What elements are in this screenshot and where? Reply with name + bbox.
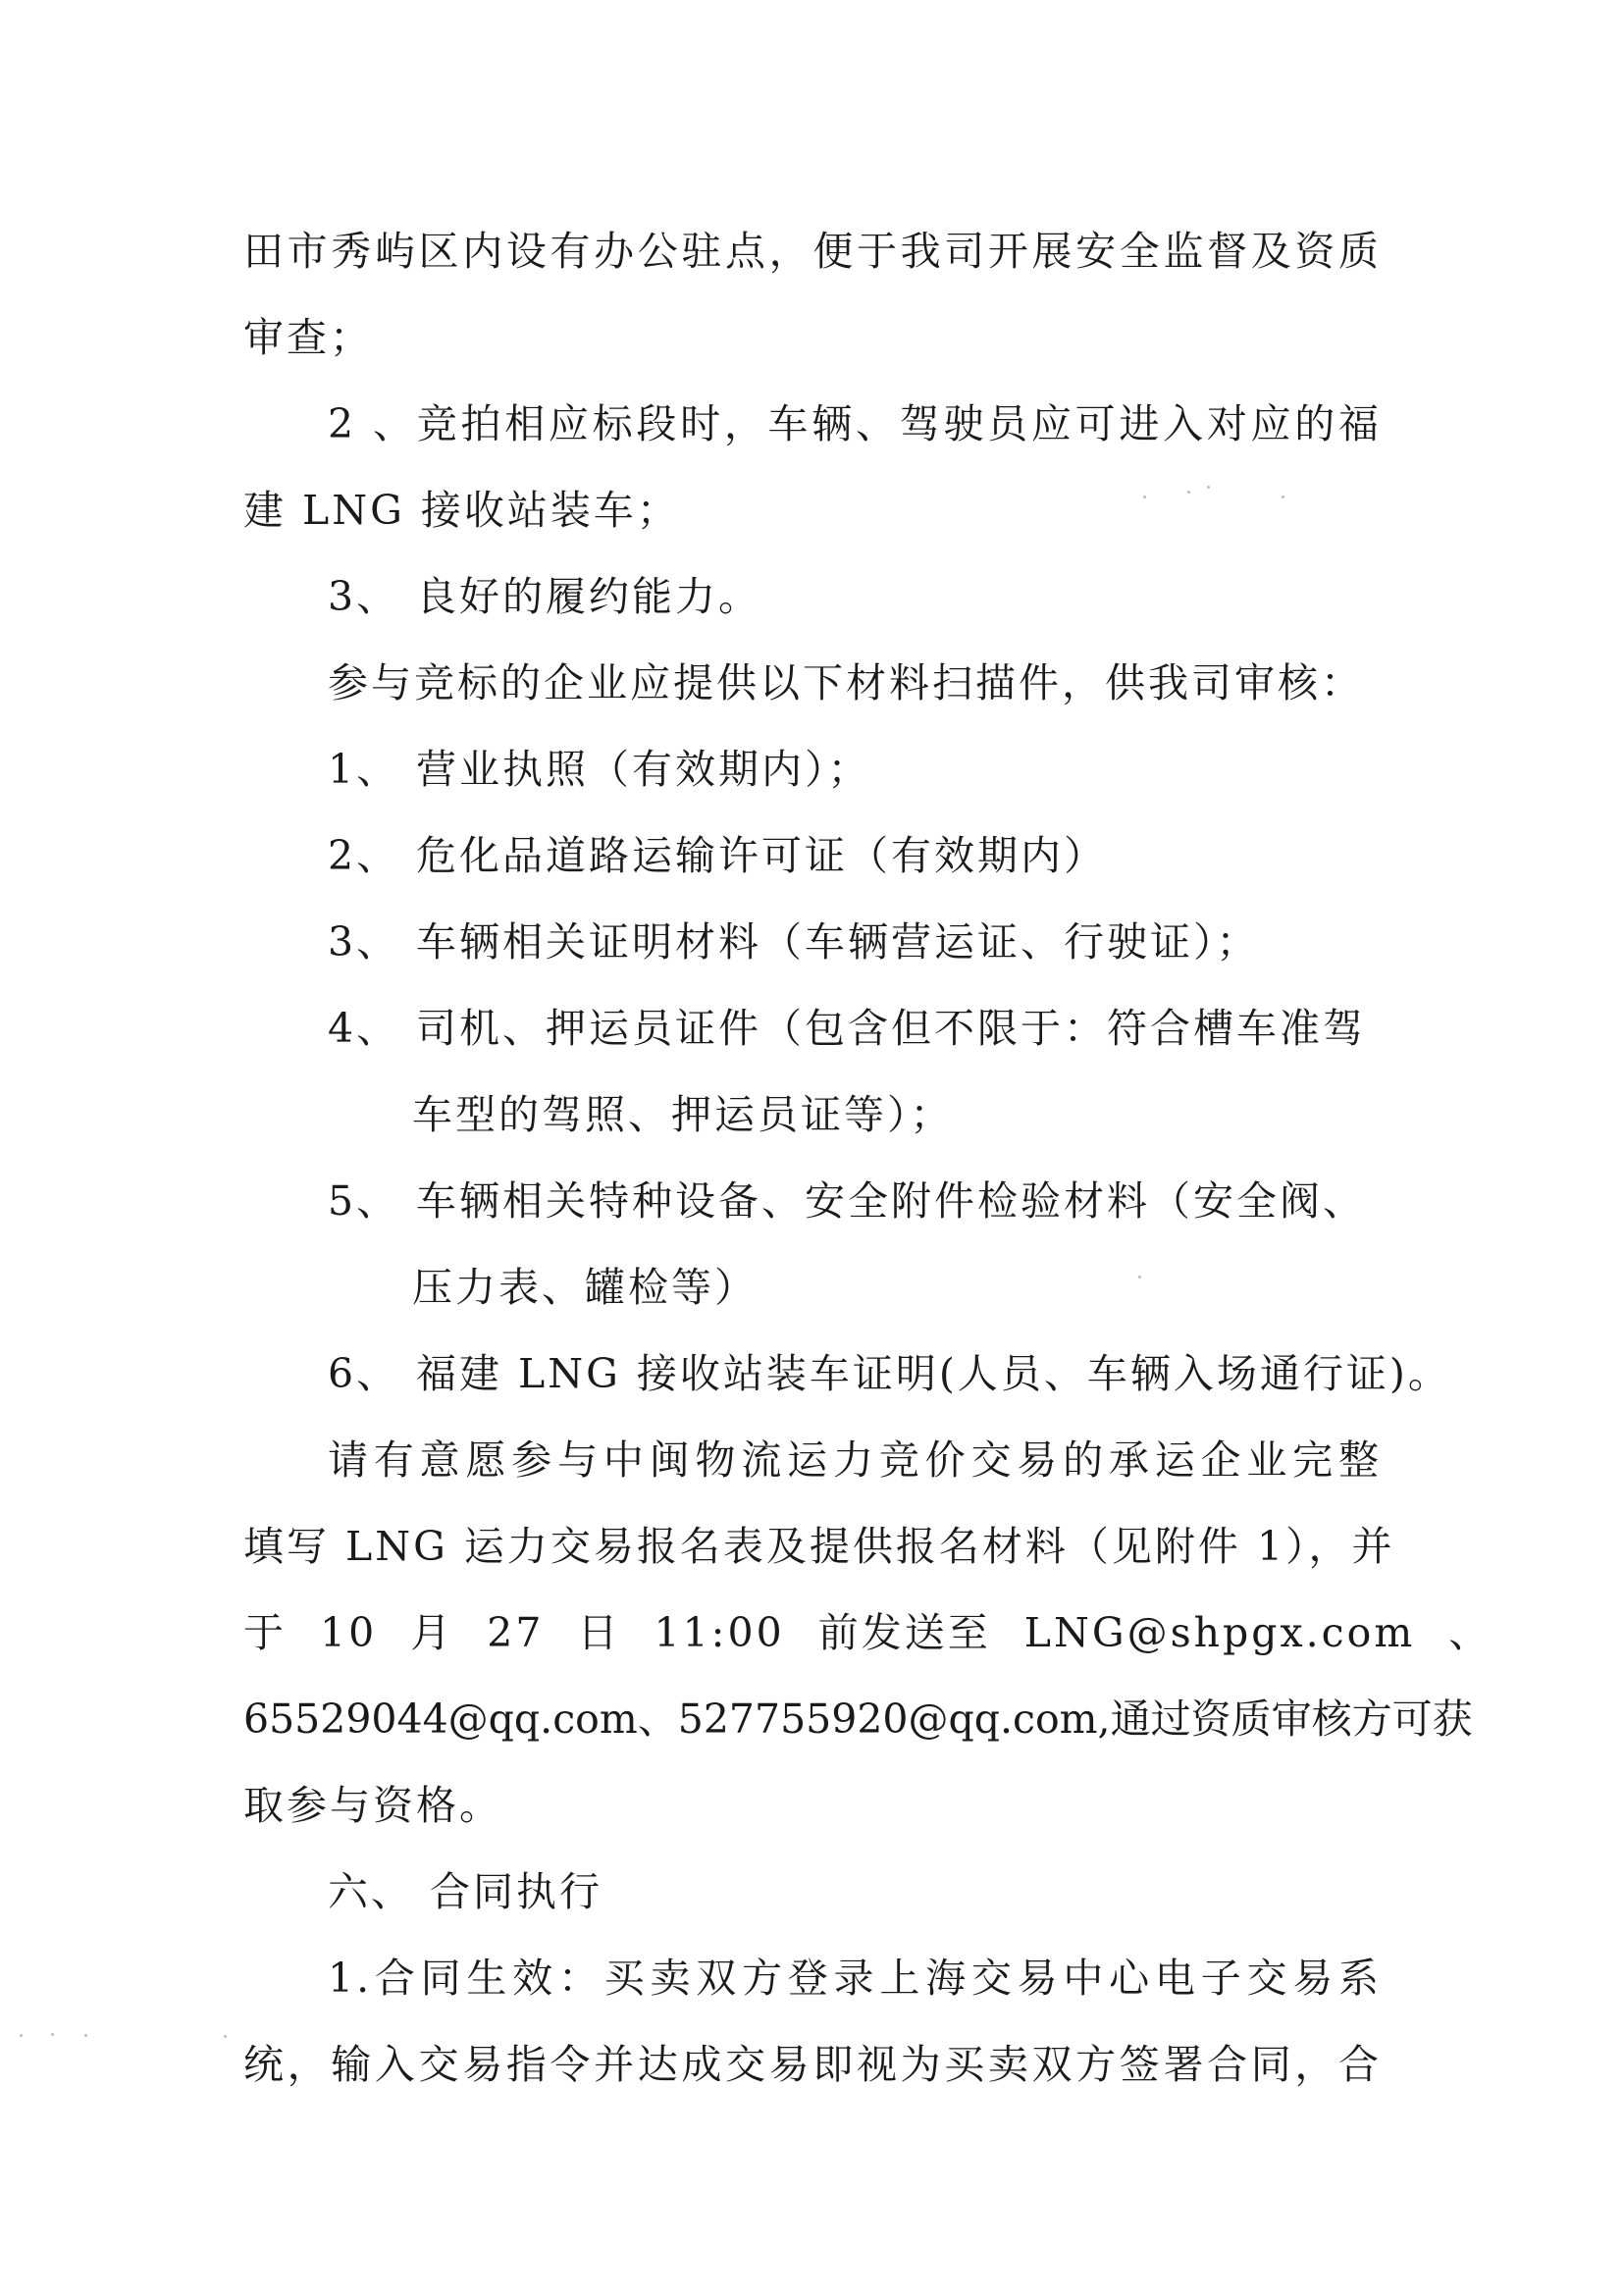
- scan-artifact: [1138, 1276, 1141, 1278]
- item-text: 司机、押运员证件（包含但不限于：符合槽车准驾: [416, 1005, 1366, 1052]
- item-number: 4、: [328, 1001, 416, 1056]
- registration-paragraph-line-3: 于 10 月 27 日 11:00 前发送至 LNG@shpgx.com 、: [243, 1605, 1382, 1660]
- item-number: 2、: [328, 396, 416, 451]
- item-number: 1、: [328, 742, 416, 797]
- item-text: 竞拍相应标段时，车辆、驾驶员应可进入对应的福: [416, 400, 1382, 447]
- scan-artifact: [224, 2035, 227, 2038]
- line-text: 统，输入交易指令并达成交易即视为买卖双方签署合同，合: [243, 2041, 1382, 2088]
- scan-artifact: [1143, 496, 1146, 498]
- section-title: 六、 合同执行: [328, 1868, 602, 1915]
- requirement-item-2: 2、竞拍相应标段时，车辆、驾驶员应可进入对应的福: [328, 396, 1382, 451]
- item-text: 福建 LNG 接收站装车证明(人员、车辆入场通行证)。: [416, 1350, 1451, 1397]
- materials-intro: 参与竞标的企业应提供以下材料扫描件，供我司审核：: [328, 655, 1382, 710]
- material-item-5: 5、车辆相关特种设备、安全附件检验材料（安全阀、: [328, 1174, 1382, 1228]
- item-text: 危化品道路运输许可证（有效期内）: [416, 832, 1107, 879]
- line-text: 填写 LNG 运力交易报名表及提供报名材料（见附件 1），并: [243, 1523, 1395, 1570]
- item-number: 6、: [328, 1346, 416, 1401]
- registration-paragraph-line-5: 取参与资格。: [243, 1778, 1382, 1833]
- scan-artifact: [1187, 491, 1190, 494]
- line-text: 建 LNG 接收站装车；: [243, 487, 680, 534]
- item-number: 3、: [328, 914, 416, 969]
- line-text: 65529044@qq.com、527755920@qq.com,通过资质审核方…: [243, 1696, 1473, 1743]
- line-text: 取参与资格。: [243, 1782, 502, 1829]
- item-number: 2、: [328, 828, 416, 883]
- material-item-4: 4、司机、押运员证件（包含但不限于：符合槽车准驾: [328, 1001, 1382, 1056]
- line-text: 参与竞标的企业应提供以下材料扫描件，供我司审核：: [328, 659, 1364, 706]
- line-text: 压力表、罐检等）: [412, 1264, 758, 1311]
- material-item-6: 6、福建 LNG 接收站装车证明(人员、车辆入场通行证)。: [328, 1346, 1382, 1401]
- section-heading-contract-execution: 六、 合同执行: [328, 1864, 1382, 1919]
- paragraph-line-end: 审查；: [243, 310, 1382, 365]
- contract-clause-1-line-1: 1.合同生效：买卖双方登录上海交易中心电子交易系: [328, 1951, 1382, 2006]
- item-text: 良好的履约能力。: [416, 573, 761, 620]
- item-text: 车辆相关证明材料（车辆营运证、行驶证）；: [416, 918, 1260, 965]
- item-number: 5、: [328, 1174, 416, 1228]
- item-number: 3、: [328, 569, 416, 624]
- item-text: 营业执照（有效期内）；: [416, 746, 871, 793]
- material-item-4-continuation: 车型的驾照、押运员证等）；: [412, 1087, 1382, 1142]
- line-text: 车型的驾照、押运员证等）；: [412, 1091, 954, 1138]
- item-text: 车辆相关特种设备、安全附件检验材料（安全阀、: [416, 1177, 1366, 1225]
- material-item-3: 3、车辆相关证明材料（车辆营运证、行驶证）；: [328, 914, 1382, 969]
- material-item-2: 2、危化品道路运输许可证（有效期内）: [328, 828, 1382, 883]
- material-item-1: 1、营业执照（有效期内）；: [328, 742, 1382, 797]
- scan-artifact: [1207, 486, 1210, 489]
- registration-paragraph-line-2: 填写 LNG 运力交易报名表及提供报名材料（见附件 1），并: [243, 1519, 1382, 1574]
- requirement-item-3: 3、良好的履约能力。: [328, 569, 1382, 624]
- line-text: 审查；: [243, 314, 373, 361]
- line-text: 1.合同生效：买卖双方登录上海交易中心电子交易系: [328, 1955, 1382, 2002]
- paragraph-line-continuation: 田市秀屿区内设有办公驻点，便于我司开展安全监督及资质: [243, 224, 1382, 279]
- document-page: 田市秀屿区内设有办公驻点，便于我司开展安全监督及资质 审查； 2、竞拍相应标段时…: [0, 0, 1623, 2296]
- registration-paragraph-line-1: 请有意愿参与中闽物流运力竞价交易的承运企业完整: [328, 1433, 1382, 1487]
- requirement-item-2-continuation: 建 LNG 接收站装车；: [243, 483, 1382, 538]
- scan-artifact: [51, 2033, 54, 2036]
- line-text: 请有意愿参与中闽物流运力竞价交易的承运企业完整: [328, 1436, 1382, 1484]
- line-text: 田市秀屿区内设有办公驻点，便于我司开展安全监督及资质: [243, 228, 1382, 275]
- scan-artifact: [84, 2034, 87, 2037]
- line-text: 于 10 月 27 日 11:00 前发送至 LNG@shpgx.com 、: [243, 1609, 1492, 1656]
- scan-artifact: [1282, 496, 1284, 498]
- material-item-5-continuation: 压力表、罐检等）: [412, 1260, 1382, 1315]
- scan-artifact: [20, 2034, 23, 2037]
- registration-paragraph-line-4: 65529044@qq.com、527755920@qq.com,通过资质审核方…: [243, 1692, 1382, 1747]
- contract-clause-1-line-2: 统，输入交易指令并达成交易即视为买卖双方签署合同，合: [243, 2037, 1382, 2092]
